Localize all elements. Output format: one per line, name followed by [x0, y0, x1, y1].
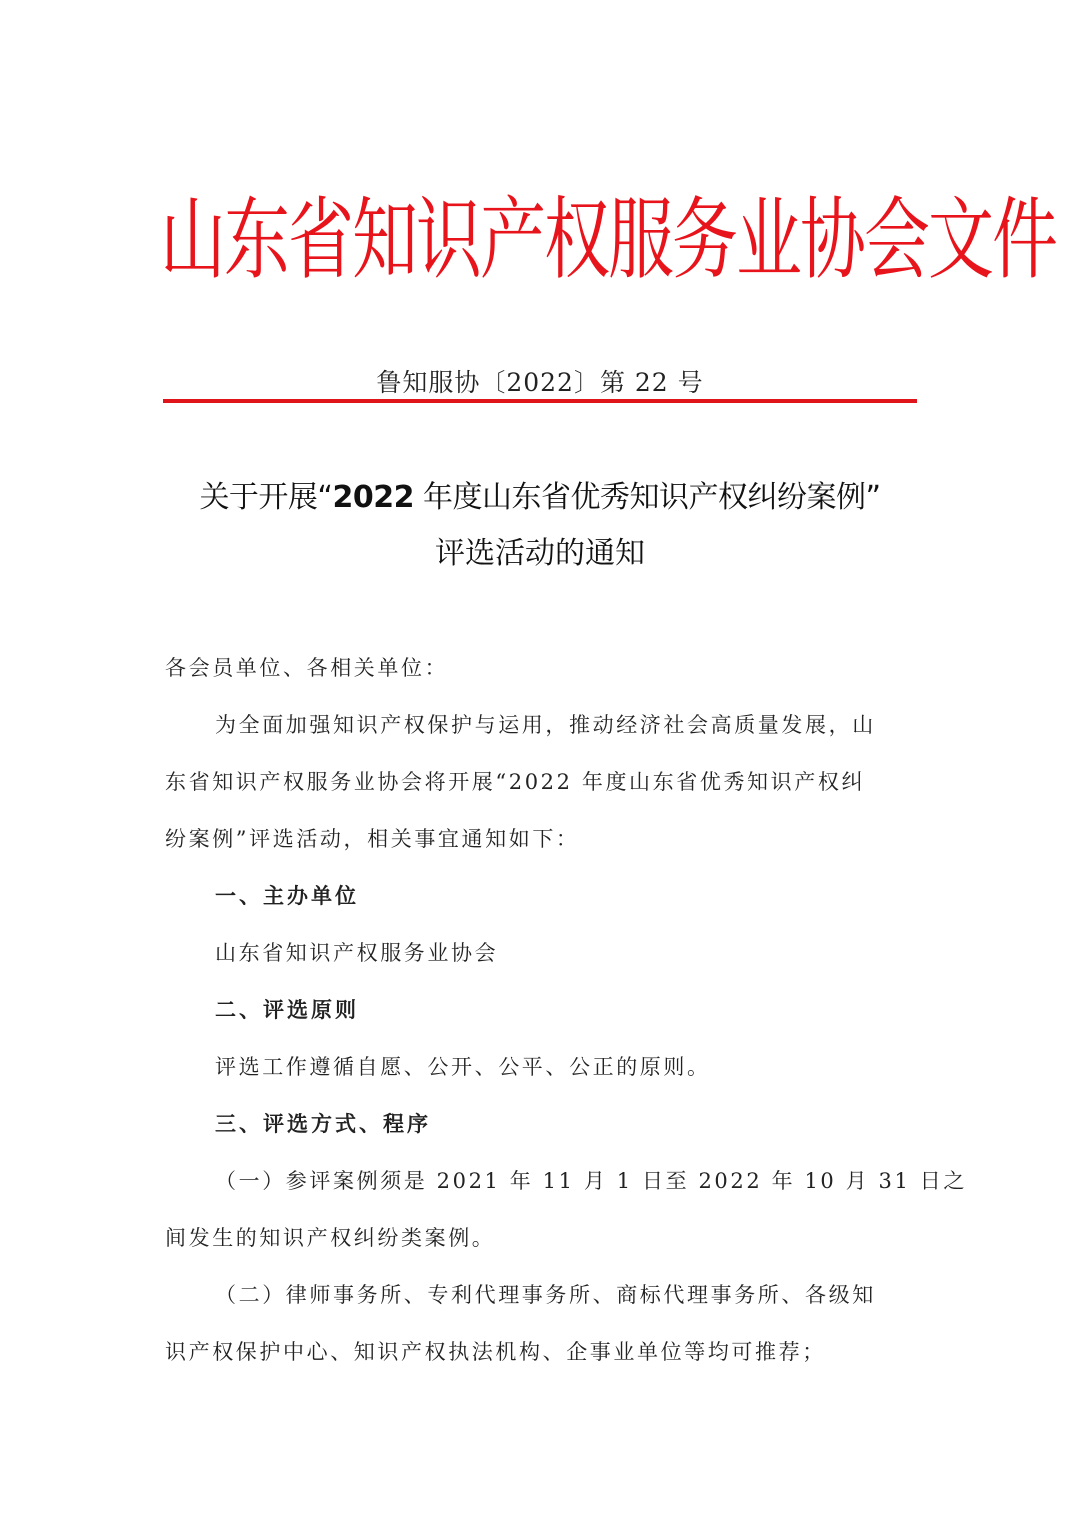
- section-content: 山东省知识产权服务业协会: [215, 938, 498, 968]
- masthead-title: 山东省知识产权服务业协会文件: [160, 160, 920, 322]
- title-suffix: 年度山东省优秀知识产权纠纷案例”: [414, 480, 881, 515]
- document-page: 山东省知识产权服务业协会文件 鲁知服协〔2022〕第 22 号 关于开展“202…: [0, 0, 1080, 1527]
- section-content: 评选工作遵循自愿、公开、公平、公正的原则。: [215, 1052, 711, 1082]
- intro-line: 东省知识产权服务业协会将开展“2022 年度山东省优秀知识产权纠: [165, 767, 865, 797]
- document-number: 鲁知服协〔2022〕第 22 号: [163, 366, 917, 400]
- intro-line: 纷案例”评选活动，相关事宜通知如下：: [165, 824, 580, 854]
- red-divider-line: [163, 399, 917, 403]
- title-year: 2022: [332, 480, 414, 515]
- notice-title: 关于开展“2022 年度山东省优秀知识产权纠纷案例” 评选活动的通知: [160, 470, 920, 582]
- title-prefix: 关于开展“: [199, 480, 332, 515]
- section-heading: 三、评选方式、程序: [215, 1109, 431, 1139]
- item-line: （一）参评案例须是 2021 年 11 月 1 日至 2022 年 10 月 3…: [215, 1166, 967, 1196]
- salutation: 各会员单位、各相关单位：: [165, 653, 448, 683]
- item-line: 间发生的知识产权纠纷类案例。: [165, 1223, 495, 1253]
- section-heading: 二、评选原则: [215, 995, 359, 1025]
- title-line-1: 关于开展“2022 年度山东省优秀知识产权纠纷案例”: [160, 470, 920, 526]
- intro-line: 为全面加强知识产权保护与运用，推动经济社会高质量发展，山: [215, 710, 876, 740]
- title-line-2: 评选活动的通知: [160, 526, 920, 582]
- section-heading: 一、主办单位: [215, 881, 359, 911]
- item-line: （二）律师事务所、专利代理事务所、商标代理事务所、各级知: [215, 1280, 876, 1310]
- item-line: 识产权保护中心、知识产权执法机构、企事业单位等均可推荐；: [165, 1337, 826, 1367]
